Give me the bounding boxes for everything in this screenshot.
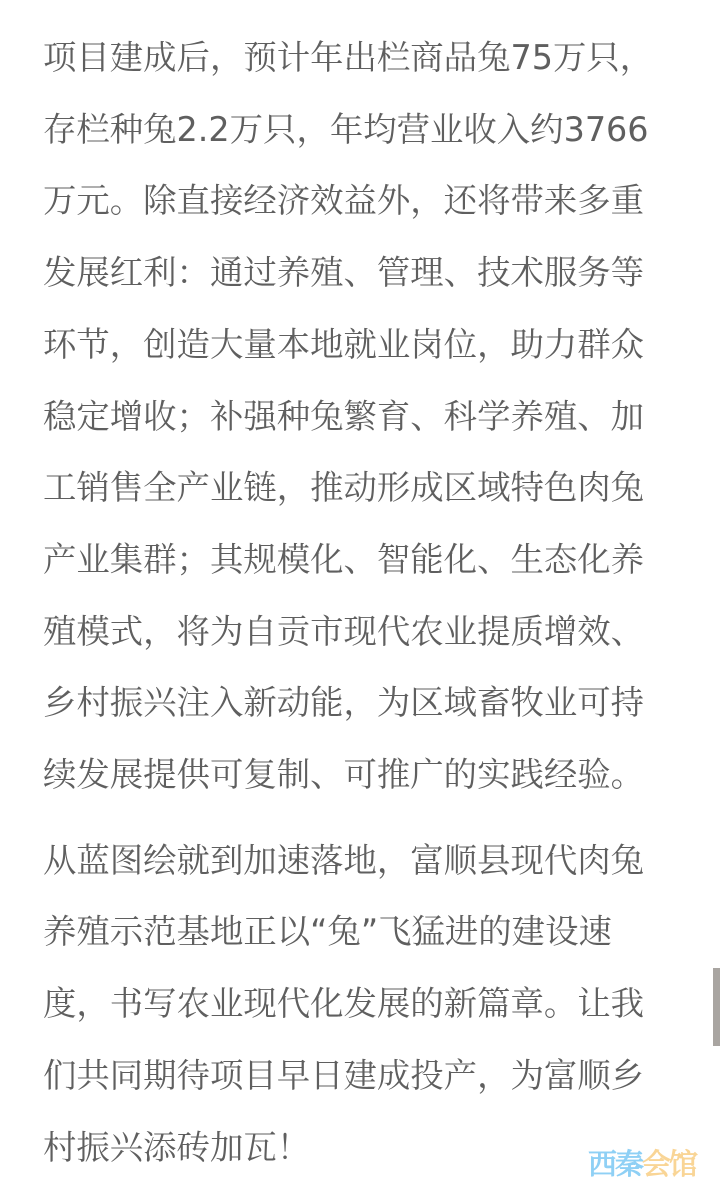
text-line: 发展红利：通过养殖、管理、技术服务等 — [43, 237, 683, 309]
text-line: 项目建成后，预计年出栏商品兔75万只， — [43, 22, 683, 94]
text-line: 们共同期待项目早日建成投产，为富顺乡 — [43, 1040, 683, 1112]
text-line: 村振兴添砖加瓦！ — [43, 1112, 683, 1184]
text-line: 环节，创造大量本地就业岗位，助力群众 — [43, 309, 683, 381]
text-line: 产业集群；其规模化、智能化、生态化养 — [43, 524, 683, 596]
watermark-logo: 西秦会馆 — [588, 1147, 696, 1181]
watermark-text-orange: 会馆 — [642, 1147, 696, 1181]
scrollbar-thumb[interactable] — [713, 968, 720, 1046]
text-line: 度，书写农业现代化发展的新篇章。让我 — [43, 968, 683, 1040]
text-line: 存栏种兔2.2万只，年均营业收入约3766 — [43, 94, 683, 166]
article-body: 项目建成后，预计年出栏商品兔75万只， 存栏种兔2.2万只，年均营业收入约376… — [43, 22, 683, 1183]
text-line: 从蓝图绘就到加速落地，富顺县现代肉兔 — [43, 825, 683, 897]
text-line: 续发展提供可复制、可推广的实践经验。 — [43, 739, 683, 811]
text-line: 养殖示范基地正以“兔”飞猛进的建设速 — [43, 896, 683, 968]
text-line: 乡村振兴注入新动能，为区域畜牧业可持 — [43, 667, 683, 739]
text-line: 工销售全产业链，推动形成区域特色肉兔 — [43, 452, 683, 524]
text-line: 殖模式，将为自贡市现代农业提质增效、 — [43, 596, 683, 668]
paragraph-1: 项目建成后，预计年出栏商品兔75万只， 存栏种兔2.2万只，年均营业收入约376… — [43, 22, 683, 811]
text-line: 万元。除直接经济效益外，还将带来多重 — [43, 165, 683, 237]
watermark-text-blue: 西秦 — [588, 1147, 642, 1181]
paragraph-2: 从蓝图绘就到加速落地，富顺县现代肉兔 养殖示范基地正以“兔”飞猛进的建设速 度，… — [43, 825, 683, 1184]
text-line: 稳定增收；补强种兔繁育、科学养殖、加 — [43, 381, 683, 453]
